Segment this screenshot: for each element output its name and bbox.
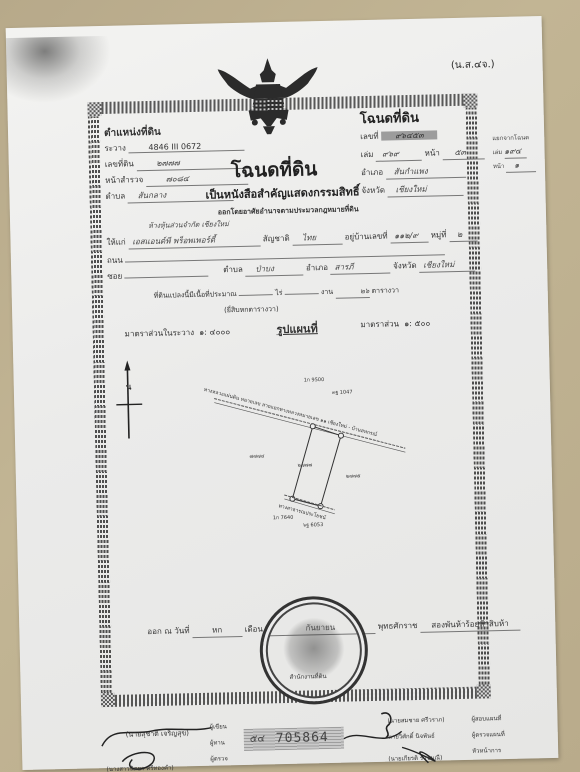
form-code: (น.ส.๔จ.)	[451, 57, 495, 73]
coord-top-right: ๓ฐ 1047	[332, 388, 353, 396]
book-page-row: เล่ม ๙๖๙ หน้า ๕๓	[360, 145, 484, 162]
land-position-heading: ตำแหน่งที่ดิน	[104, 125, 161, 141]
subtitle: เป็นหนังสือสำคัญแสดงกรรมสิทธิ์	[205, 182, 359, 203]
role-writer: ผู้เขียน	[209, 721, 227, 731]
map-heading: รูปแผนที่	[276, 319, 318, 338]
amphoe-row: อำเภอ สันกำแพง	[361, 164, 466, 180]
signatory-left-name: (นายสุชาติ เจริญสุข)	[126, 728, 190, 740]
deed-number-highlight: ๙๖๔๕๓	[381, 130, 438, 140]
signatory-right-3: (นายเกียรติ ราชมณี)	[388, 752, 442, 763]
north-label: น	[126, 380, 132, 393]
scale-left: มาตราส่วนในระวาง ๑: ๔๐๐๐	[124, 325, 230, 340]
signatory-right-2: นายวิศักดิ์ นิจพันธ์	[388, 731, 435, 742]
ink-smudge	[6, 36, 118, 108]
role-head: หัวหน้าการ	[472, 745, 501, 756]
role-map-checker: ผู้ตรวจแผนที่	[472, 729, 505, 740]
parcel-center-label: ๒๗๗๗	[298, 461, 313, 469]
signatory-right-1: (นายสมชาย ศรีวราภ)	[387, 714, 444, 725]
area-in-words: (ยี่สิบหกตารางวา)	[224, 304, 279, 316]
parcel-map	[214, 383, 447, 538]
soi-row: ซอย	[107, 268, 209, 283]
role-map-examiner: ผู้สอบแผนที่	[471, 713, 501, 724]
parcel-left-label: ๗๗๗๔	[249, 452, 264, 460]
role-checker: ผู้ทาน	[210, 737, 225, 747]
serial-number-box: ๕๔ 705864	[244, 727, 344, 751]
coord-bottom-right: ๖ฐ 6053	[303, 521, 323, 529]
coord-bottom-left: 1ก 7640	[273, 514, 294, 522]
role-inspector: ผู้ตรวจ	[210, 753, 228, 763]
scale-right: มาตราส่วน ๑: ๕๐๐	[360, 317, 430, 332]
north-arrow-icon	[115, 360, 147, 441]
margin-note-line2: เล่ม ๑๙๔	[492, 144, 526, 159]
seal-text: สำนักงานที่ดิน	[289, 671, 326, 682]
serial-number: 705864	[276, 730, 329, 746]
deed-heading: โฉนดที่ดิน	[360, 107, 420, 129]
coord-top-left: 1ก 9500	[304, 376, 325, 384]
margin-note-line1: แยกจากโฉนด	[492, 132, 529, 143]
province-row: จังหวัด เชียงใหม่	[361, 182, 463, 198]
deed-number-row: เลขที่ ๙๖๔๕๓	[360, 128, 438, 143]
land-title-deed: (น.ส.๔จ.) ตำแหน่งที่ดิน ระวาง 4846 III 0…	[6, 16, 559, 770]
serial-prefix: ๕๔	[250, 731, 265, 746]
signatory-left-bottom: (นางสาวนิตยา ศรีทองคำ)	[106, 763, 173, 772]
main-title: โฉนดที่ดิน	[231, 154, 318, 186]
parcel-right-label: ๒๗๗๕	[346, 472, 361, 480]
margin-note-line3: หน้า ๑	[493, 158, 537, 173]
company-note: ห้างหุ้นส่วนจำกัด เชียงใหม่	[148, 219, 229, 232]
